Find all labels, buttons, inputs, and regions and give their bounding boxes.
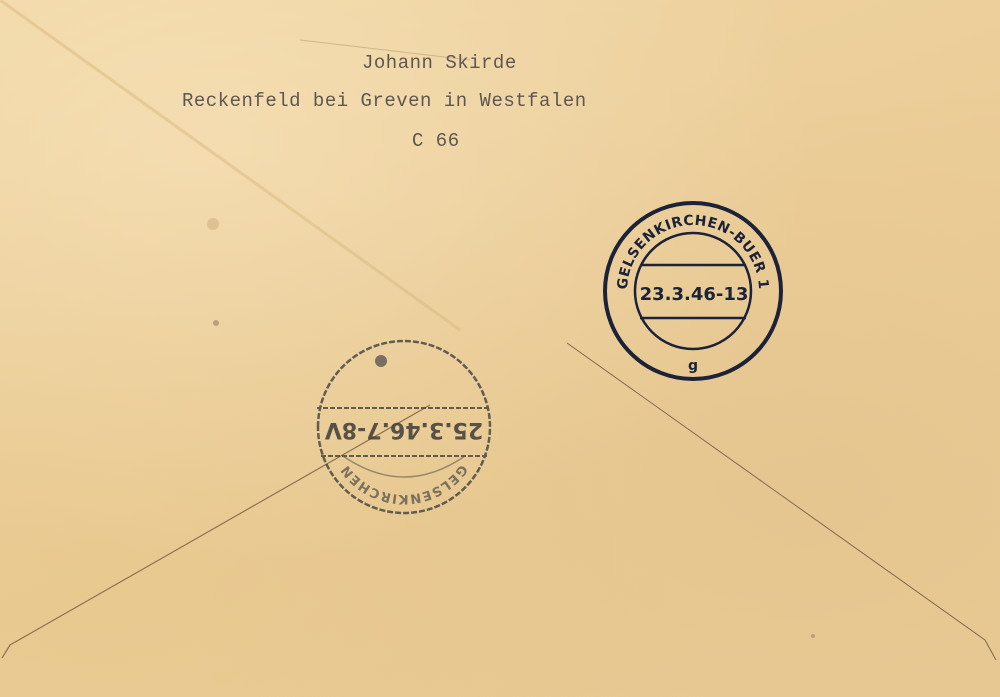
transit-postmark-date: 25.3.46.7-8V (325, 417, 483, 442)
envelope-back: Johann Skirde Reckenfeld bei Greven in W… (0, 0, 1000, 697)
transit-postmark: GELSENKIRCHEN 25.3.46.7-8V (313, 336, 495, 518)
arrival-postmark-suffix: g (688, 358, 698, 374)
sender-place: Reckenfeld bei Greven in Westfalen (182, 90, 587, 112)
arrival-postmark: GELSENKIRCHEN-BUER 1 23.3.46-13 g (600, 198, 786, 384)
arrival-postmark-date: 23.3.46-13 (640, 284, 749, 305)
sender-code: C 66 (412, 130, 460, 152)
sender-name: Johann Skirde (362, 52, 517, 74)
